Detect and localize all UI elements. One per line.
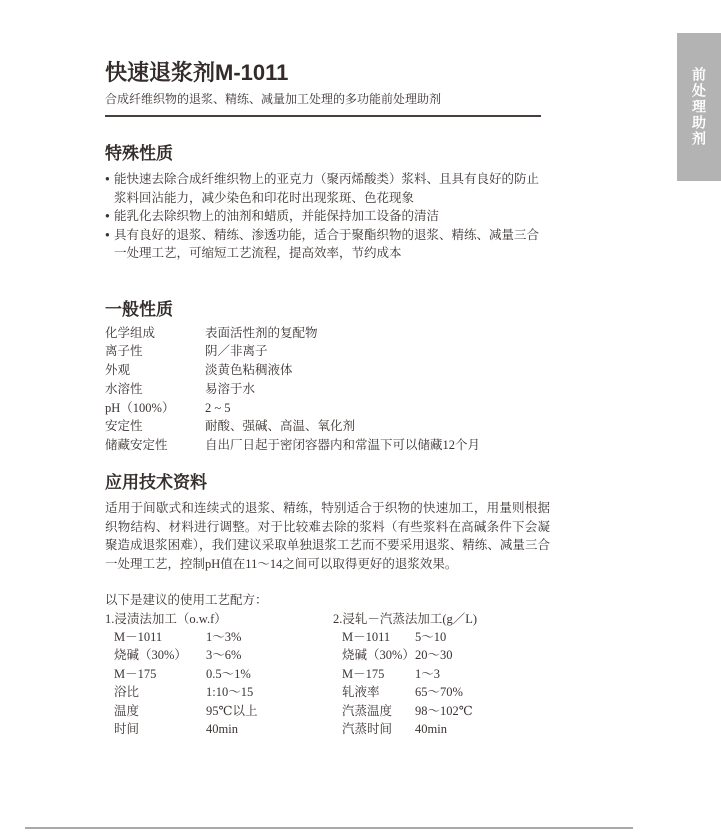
recipe-value: 3～6%: [206, 646, 333, 664]
property-label: pH（100%）: [105, 399, 205, 418]
recipe-value: 1～3%: [206, 628, 333, 646]
property-value: 2 ~ 5: [205, 399, 550, 418]
table-row: 化学组成 表面活性剂的复配物: [105, 324, 550, 343]
table-row: 安定性 耐酸、强碱、高温、氧化剂: [105, 417, 550, 436]
recipe-label: M－175: [114, 665, 206, 683]
recipe-value: 65～70%: [415, 683, 550, 701]
property-label: 储藏安定性: [105, 436, 205, 455]
table-row: 汽蒸温度 98～102℃: [342, 702, 550, 720]
datasheet-page: 前处理助剂 快速退浆剂M-1011 合成纤维织物的退浆、精练、减量加工处理的多功…: [0, 0, 721, 833]
recipe-title: 1.浸渍法加工（o.w.f）: [105, 610, 333, 628]
table-row: 储藏安定性 自出厂日起于密闭容器内和常温下可以储藏12个月: [105, 436, 550, 455]
section-heading-general-properties: 一般性质: [105, 299, 550, 321]
page-subtitle: 合成纤维织物的退浆、精练、减量加工处理的多功能前处理助剂: [105, 92, 550, 107]
table-row: 轧液率 65～70%: [342, 683, 550, 701]
recipes-intro: 以下是建议的使用工艺配方：: [105, 591, 550, 610]
recipe-label: 浴比: [114, 683, 206, 701]
recipe-label: 时间: [114, 720, 206, 738]
bullet-text: 能乳化去除织物上的油剂和蜡质，并能保持加工设备的清洁: [114, 207, 550, 226]
property-value: 耐酸、强碱、高温、氧化剂: [205, 417, 550, 436]
table-row: 浴比 1:10～15: [114, 683, 333, 701]
category-tab-label: 前处理助剂: [689, 67, 709, 147]
section-heading-special-properties: 特殊性质: [105, 143, 550, 165]
table-row: 水溶性 易溶于水: [105, 380, 550, 399]
recipe-label: 烧碱（30%）: [114, 646, 206, 664]
page-title: 快速退浆剂M-1011: [105, 60, 550, 86]
property-value: 阴／非离子: [205, 342, 550, 361]
application-paragraph: 适用于间歇式和连续式的退浆、精练，特别适合于织物的快速加工，用量则根据织物结构、…: [105, 499, 550, 573]
category-tab: 前处理助剂: [677, 33, 721, 181]
recipe-pad-steam-process: 2.浸轧－汽蒸法加工(g／L) M－1011 5～10 烧碱（30%） 20～3…: [333, 610, 550, 739]
property-value: 淡黄色粘稠液体: [205, 361, 550, 380]
recipe-dipping-process: 1.浸渍法加工（o.w.f） M－1011 1～3% 烧碱（30%） 3～6% …: [105, 610, 333, 739]
recipe-value: 40min: [415, 720, 550, 738]
recipe-value: 1～3: [415, 665, 550, 683]
special-properties-list: ● 能快速去除合成纤维织物上的亚克力（聚丙烯酸类）浆料、且具有良好的防止浆料回沾…: [105, 170, 550, 263]
recipe-label: 温度: [114, 702, 206, 720]
table-row: 时间 40min: [114, 720, 333, 738]
bullet-icon: ●: [105, 207, 114, 226]
table-row: 温度 95℃以上: [114, 702, 333, 720]
recipe-label: 汽蒸温度: [342, 702, 415, 720]
table-row: M－1011 1～3%: [114, 628, 333, 646]
title-divider: [105, 115, 541, 117]
table-row: 烧碱（30%） 20～30: [342, 646, 550, 664]
table-row: 烧碱（30%） 3～6%: [114, 646, 333, 664]
property-label: 安定性: [105, 417, 205, 436]
bullet-text: 能快速去除合成纤维织物上的亚克力（聚丙烯酸类）浆料、且具有良好的防止浆料回沾能力…: [114, 170, 550, 207]
list-item: ● 能乳化去除织物上的油剂和蜡质，并能保持加工设备的清洁: [105, 207, 550, 226]
table-row: M－175 1～3: [342, 665, 550, 683]
recipe-value: 95℃以上: [206, 702, 333, 720]
table-row: M－175 0.5～1%: [114, 665, 333, 683]
recipe-value: 98～102℃: [415, 702, 550, 720]
recipe-label: 汽蒸时间: [342, 720, 415, 738]
recipe-label: M－1011: [342, 628, 415, 646]
table-row: 外观 淡黄色粘稠液体: [105, 361, 550, 380]
recipe-title: 2.浸轧－汽蒸法加工(g／L): [333, 610, 550, 628]
recipe-label: M－175: [342, 665, 415, 683]
list-item: ● 具有良好的退浆、精练、渗透功能，适合于聚酯织物的退浆、精练、减量三合一处理工…: [105, 226, 550, 263]
recipe-value: 5～10: [415, 628, 550, 646]
recipe-label: 烧碱（30%）: [342, 646, 415, 664]
property-label: 化学组成: [105, 324, 205, 343]
table-row: 汽蒸时间 40min: [342, 720, 550, 738]
general-properties-table: 化学组成 表面活性剂的复配物 离子性 阴／非离子 外观 淡黄色粘稠液体 水溶性 …: [105, 324, 550, 456]
list-item: ● 能快速去除合成纤维织物上的亚克力（聚丙烯酸类）浆料、且具有良好的防止浆料回沾…: [105, 170, 550, 207]
recipe-value: 0.5～1%: [206, 665, 333, 683]
recipe-label: M－1011: [114, 628, 206, 646]
recipe-value: 20～30: [415, 646, 550, 664]
recipe-columns: 1.浸渍法加工（o.w.f） M－1011 1～3% 烧碱（30%） 3～6% …: [105, 610, 550, 739]
property-label: 外观: [105, 361, 205, 380]
content-column: 快速退浆剂M-1011 合成纤维织物的退浆、精练、减量加工处理的多功能前处理助剂…: [105, 0, 550, 738]
table-row: pH（100%） 2 ~ 5: [105, 399, 550, 418]
property-label: 水溶性: [105, 380, 205, 399]
property-value: 易溶于水: [205, 380, 550, 399]
recipe-rows: M－1011 1～3% 烧碱（30%） 3～6% M－175 0.5～1% 浴比…: [105, 628, 333, 738]
table-row: M－1011 5～10: [342, 628, 550, 646]
section-heading-application: 应用技术资料: [105, 472, 550, 494]
bullet-text: 具有良好的退浆、精练、渗透功能，适合于聚酯织物的退浆、精练、减量三合一处理工艺，…: [114, 226, 550, 263]
property-value: 自出厂日起于密闭容器内和常温下可以储藏12个月: [205, 436, 550, 455]
table-row: 离子性 阴／非离子: [105, 342, 550, 361]
recipe-rows: M－1011 5～10 烧碱（30%） 20～30 M－175 1～3 轧液率 …: [333, 628, 550, 738]
bullet-icon: ●: [105, 170, 114, 207]
recipe-value: 40min: [206, 720, 333, 738]
recipe-value: 1:10～15: [206, 683, 333, 701]
bullet-icon: ●: [105, 226, 114, 263]
property-value: 表面活性剂的复配物: [205, 324, 550, 343]
footer-divider: [25, 827, 633, 829]
recipe-label: 轧液率: [342, 683, 415, 701]
property-label: 离子性: [105, 342, 205, 361]
